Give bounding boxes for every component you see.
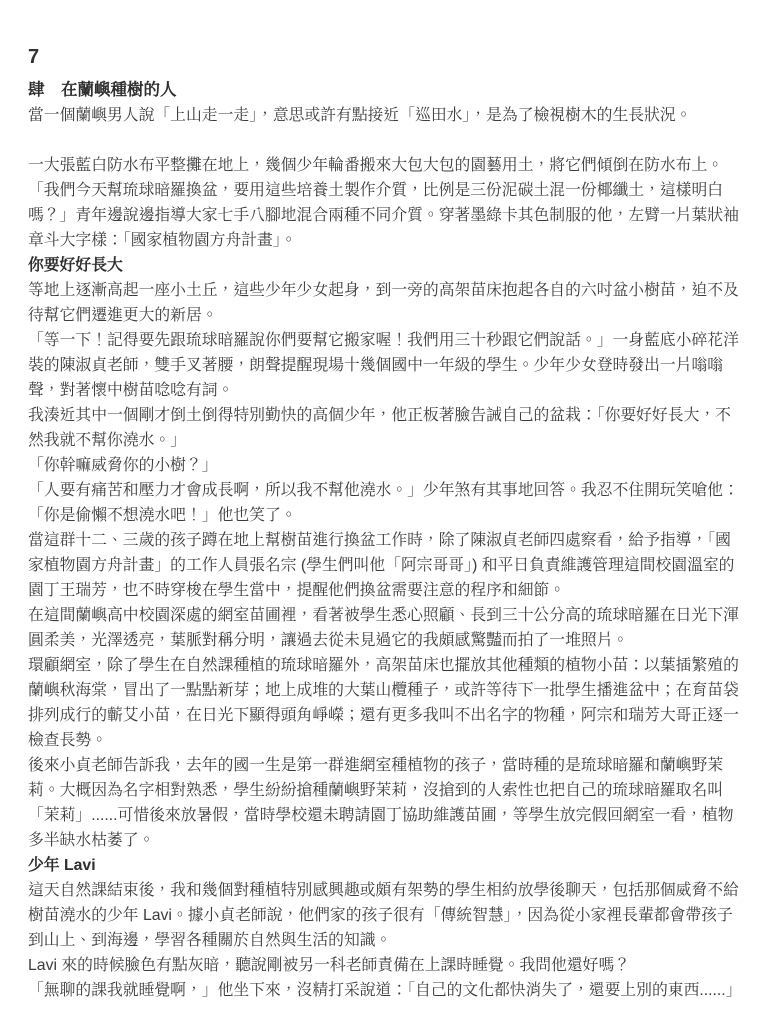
- paragraph: 「等一下！記得要先跟琉球暗羅說你們要幫它搬家喔！我們用三十秒跟它們說話。」一身藍…: [28, 328, 740, 403]
- article-title: 肆 在蘭嶼種樹的人: [28, 78, 740, 103]
- paragraph: 在這間蘭嶼高中校園深處的網室苗圃裡，看著被學生悉心照顧、長到三十公分高的琉球暗羅…: [28, 603, 740, 653]
- paragraph: 一大張藍白防水布平整攤在地上，幾個少年輪番搬來大包大包的園藝用土，將它們傾倒在防…: [28, 153, 740, 178]
- paragraph: 後來小貞老師告訴我，去年的國一生是第一群進網室種植物的孩子，當時種的是琉球暗羅和…: [28, 753, 740, 853]
- paragraph: 這天自然課結束後，我和幾個對種植特別感興趣或頗有架勢的學生相約放學後聊天，包括那…: [28, 878, 740, 953]
- paragraph: 「無聊的課我就睡覺啊，」他坐下來，沒精打采說道：「自己的文化都快消失了，還要上別…: [28, 978, 740, 1003]
- paragraph: 環顧網室，除了學生在自然課種植的琉球暗羅外，高架苗床也擺放其他種類的植物小苗：以…: [28, 653, 740, 753]
- paragraph: Lavi 來的時候臉色有點灰暗，聽說剛被另一科老師責備在上課時睡覺。我問他還好嗎…: [28, 953, 740, 978]
- paragraph-spacer: [28, 128, 740, 153]
- section-heading: 你要好好長大: [28, 253, 740, 278]
- page-number: 7: [28, 44, 740, 70]
- paragraph: 當一個蘭嶼男人說「上山走一走」，意思或許有點接近「巡田水」，是為了檢視樹木的生長…: [28, 103, 740, 128]
- document-page: 7 肆 在蘭嶼種樹的人 當一個蘭嶼男人說「上山走一走」，意思或許有點接近「巡田水…: [0, 0, 768, 1024]
- paragraph: 當這群十二、三歲的孩子蹲在地上幫樹苗進行換盆工作時，除了陳淑貞老師四處察看，給予…: [28, 528, 740, 603]
- paragraph: 「我們今天幫琉球暗羅換盆，要用這些培養土製作介質，比例是三份泥碳土混一份椰纖土，…: [28, 178, 740, 253]
- paragraph: 我湊近其中一個剛才倒土倒得特別勤快的高個少年，他正板著臉告誡自己的盆栽：「你要好…: [28, 403, 740, 453]
- paragraph: 等地上逐漸高起一座小土丘，這些少年少女起身，到一旁的高架苗床抱起各自的六吋盆小樹…: [28, 278, 740, 328]
- paragraph: 「你幹嘛威脅你的小樹？」: [28, 453, 740, 478]
- section-heading: 少年 Lavi: [28, 853, 740, 878]
- paragraph: 「人要有痛苦和壓力才會成長啊，所以我不幫他澆水。」少年煞有其事地回答。我忍不住開…: [28, 478, 740, 528]
